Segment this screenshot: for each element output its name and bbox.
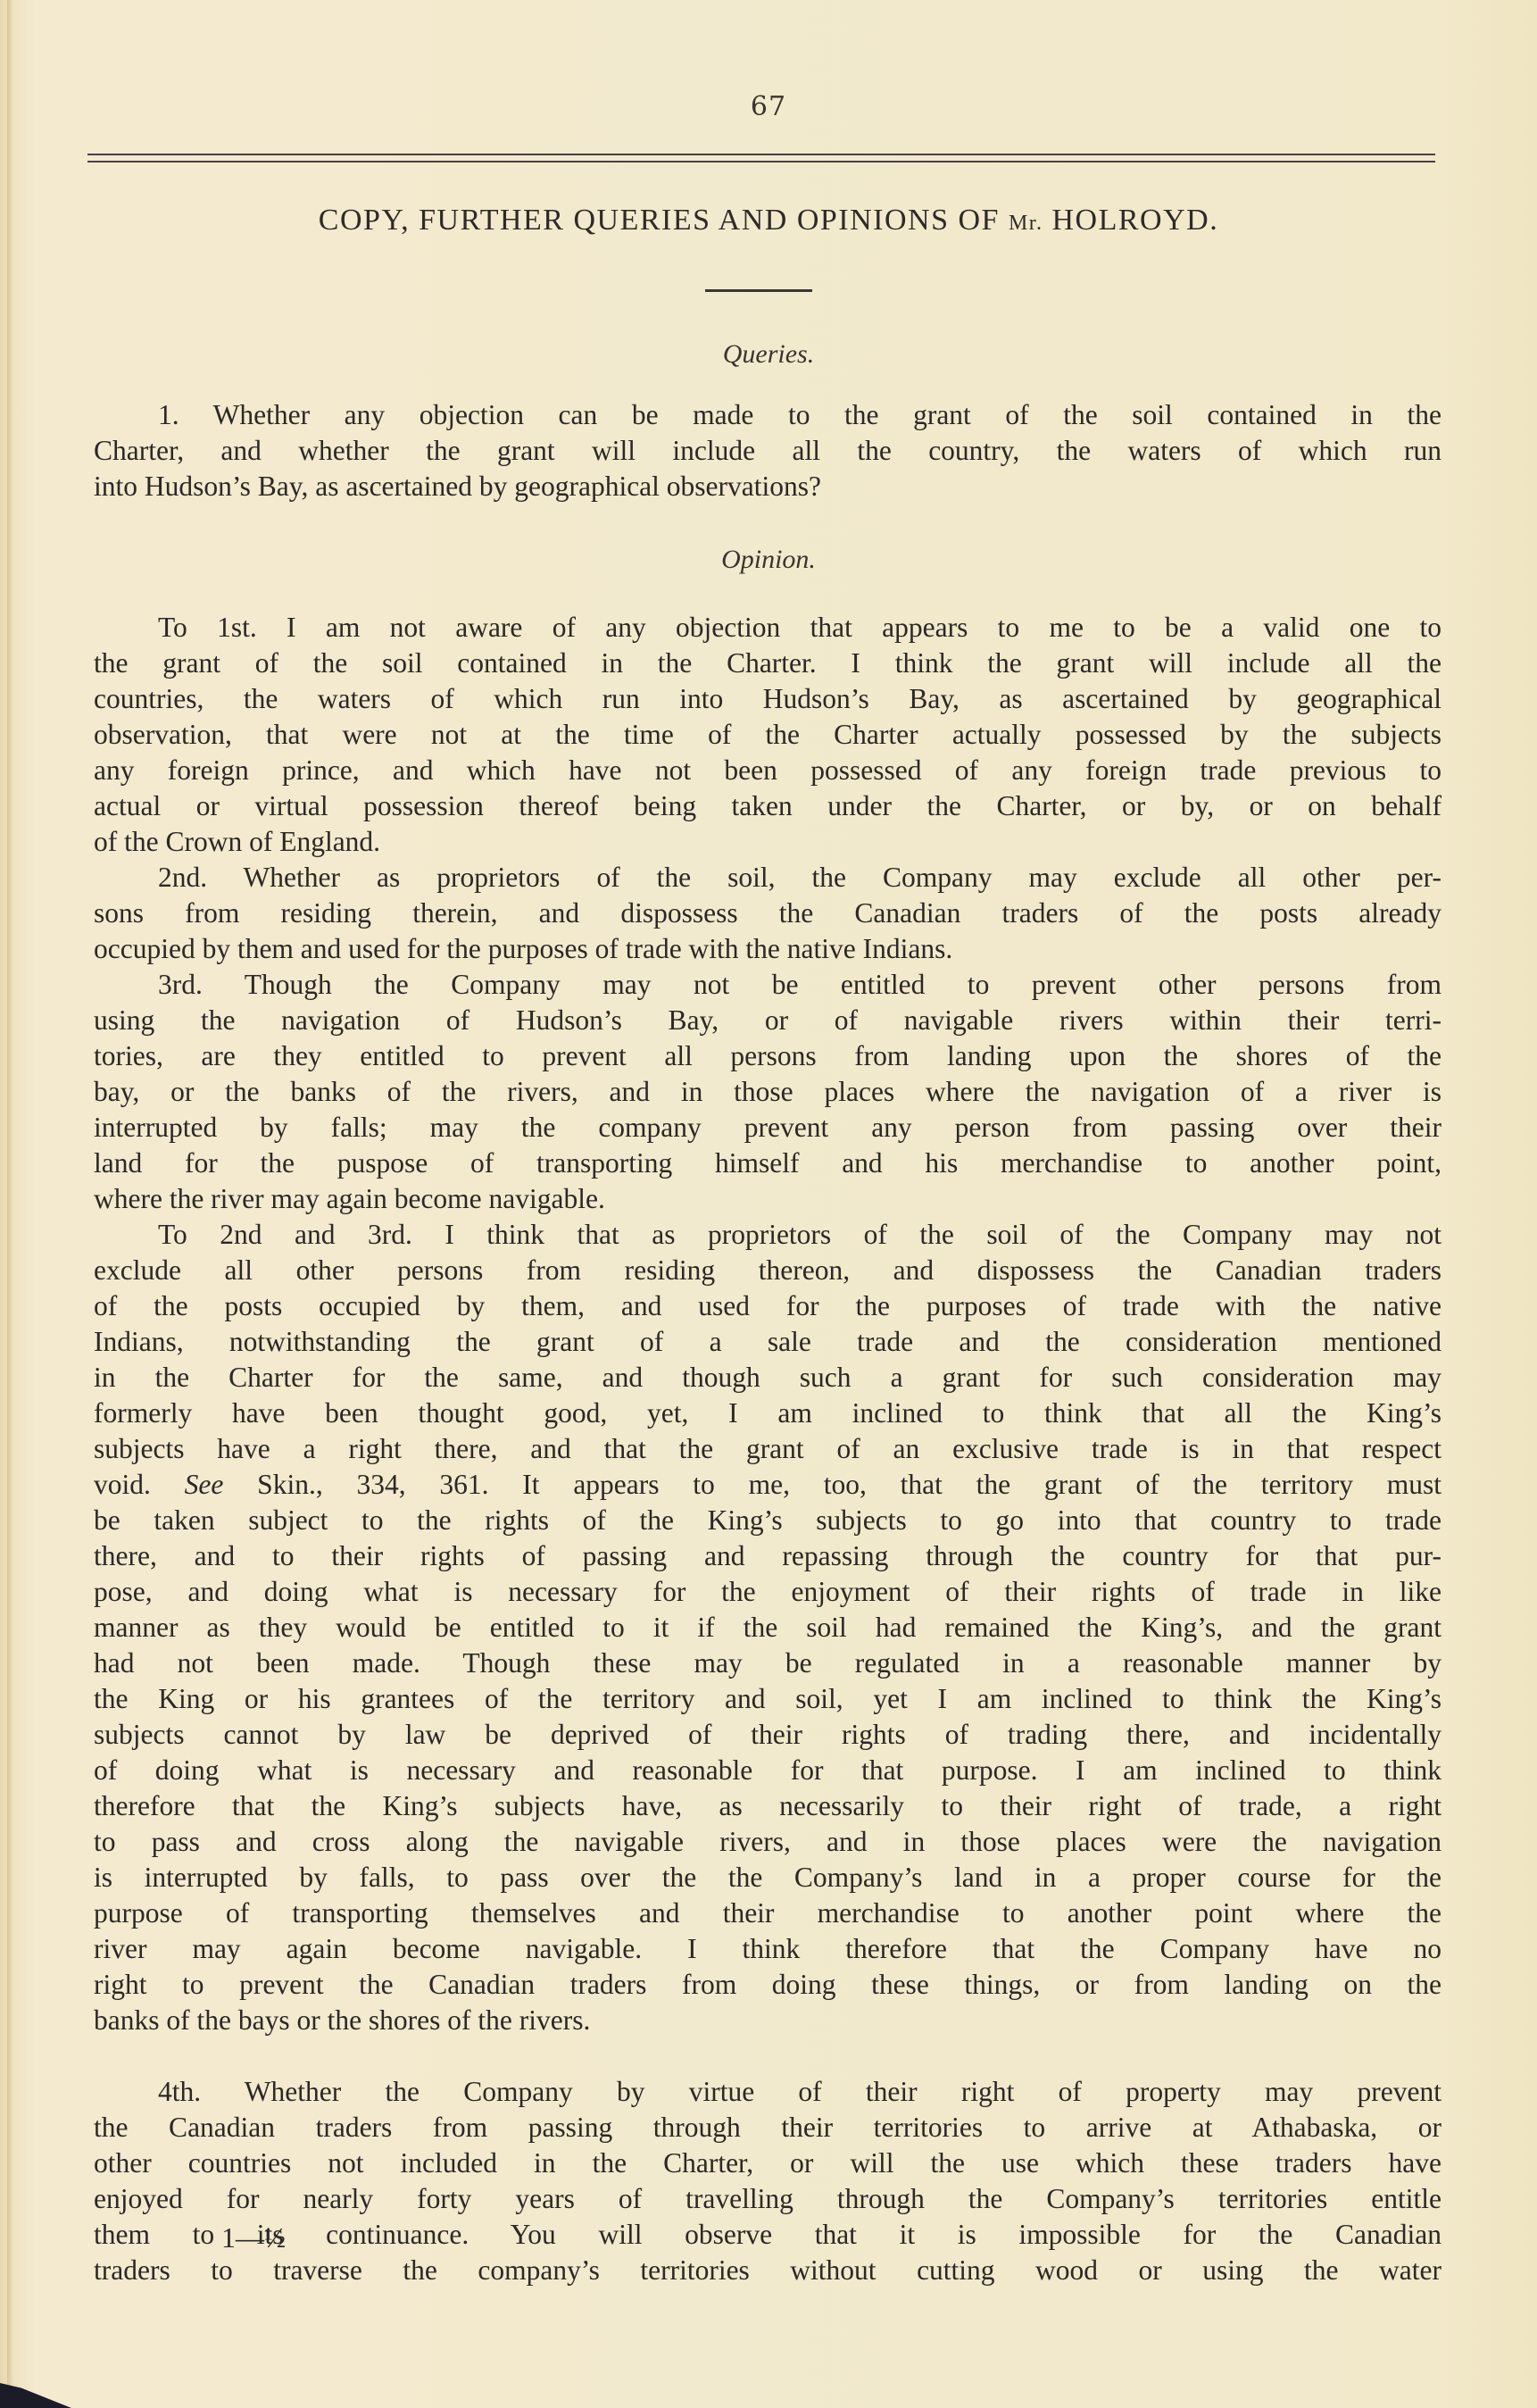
text-line: the grant of the soil contained in the C… (94, 646, 1441, 681)
text-line-citation: void. See Skin., 334, 361. It appears to… (94, 1467, 1441, 1503)
query-3: 3rd. Though the Company may not be entit… (94, 967, 1441, 1217)
text-line: subjects cannot by law be deprived of th… (94, 1717, 1441, 1753)
text-line: sons from residing therein, and disposse… (94, 896, 1441, 931)
opinion-2-3: To 2nd and 3rd. I think that as propriet… (94, 1217, 1441, 2038)
short-divider (705, 289, 812, 292)
queries-heading: Queries. (0, 339, 1537, 370)
text-line: 1. Whether any objection can be made to … (94, 397, 1441, 433)
text-line: to pass and cross along the navigable ri… (94, 1824, 1441, 1860)
opinion-heading: Opinion. (0, 545, 1537, 575)
citation-rest: Skin., 334, 361. It appears to me, too, … (223, 1469, 1441, 1500)
see-citation: See (185, 1469, 224, 1500)
text-line: exclude all other persons from residing … (94, 1253, 1441, 1288)
text-line: banks of the bays or the shores of the r… (94, 2003, 1441, 2038)
text-line: where the river may again become navigab… (94, 1181, 1441, 1217)
opinion-1: To 1st. I am not aware of any objection … (94, 610, 1441, 860)
text-line: countries, the waters of which run into … (94, 681, 1441, 717)
text-line: any foreign prince, and which have not b… (94, 753, 1441, 788)
text-line: of doing what is necessary and reasonabl… (94, 1753, 1441, 1788)
text-line: there, and to their rights of passing an… (94, 1538, 1441, 1574)
text-line: interrupted by falls; may the company pr… (94, 1110, 1441, 1146)
page-number: 67 (0, 91, 1537, 122)
text-line: of the posts occupied by them, and used … (94, 1288, 1441, 1324)
rule-line-bottom (87, 161, 1435, 162)
text-line: actual or virtual possession thereof bei… (94, 788, 1441, 824)
query-1: 1. Whether any objection can be made to … (94, 397, 1441, 504)
text-line: Charter, and whether the grant will incl… (94, 433, 1441, 469)
text-line: them to its continuance. You will observ… (94, 2217, 1441, 2253)
query-2: 2nd. Whether as proprietors of the soil,… (94, 860, 1441, 967)
text-line: is interrupted by falls, to pass over th… (94, 1860, 1441, 1896)
text-line: of the Crown of England. (94, 824, 1441, 860)
title-main: COPY, FURTHER QUERIES AND OPINIONS OF (319, 204, 1009, 237)
text-line: land for the puspose of transporting him… (94, 1146, 1441, 1181)
text-line: tories, are they entitled to prevent all… (94, 1038, 1441, 1074)
text-line: traders to traverse the company’s territ… (94, 2253, 1441, 2288)
text-line: using the navigation of Hudson’s Bay, or… (94, 1003, 1441, 1038)
query-4: 4th. Whether the Company by virtue of th… (94, 2074, 1441, 2288)
text-line: pose, and doing what is necessary for th… (94, 1574, 1441, 1610)
text-line: therefore that the King’s subjects have,… (94, 1788, 1441, 1824)
signature-mark: 1—½ (221, 2221, 286, 2254)
text-line: enjoyed for nearly forty years of travel… (94, 2181, 1441, 2217)
title-mr: Mr. (1009, 212, 1043, 235)
text-line: be taken subject to the rights of the Ki… (94, 1503, 1441, 1538)
text-line: 3rd. Though the Company may not be entit… (94, 967, 1441, 1003)
text-line: occupied by them and used for the purpos… (94, 931, 1441, 967)
scanned-page: 67 COPY, FURTHER QUERIES AND OPINIONS OF… (0, 0, 1537, 2408)
text-line: into Hudson’s Bay, as ascertained by geo… (94, 469, 1441, 504)
text-line: To 2nd and 3rd. I think that as propriet… (94, 1217, 1441, 1253)
double-rule-divider (87, 154, 1435, 164)
text-line: river may again become navigable. I thin… (94, 1931, 1441, 1967)
text-line: right to prevent the Canadian traders fr… (94, 1967, 1441, 2003)
text-line: bay, or the banks of the rivers, and in … (94, 1074, 1441, 1110)
text-line: subjects have a right there, and that th… (94, 1431, 1441, 1467)
text-line: To 1st. I am not aware of any objection … (94, 610, 1441, 646)
text-line: 2nd. Whether as proprietors of the soil,… (94, 860, 1441, 896)
text-line: the Canadian traders from passing throug… (94, 2110, 1441, 2146)
text-line: had not been made. Though these may be r… (94, 1646, 1441, 1681)
text-line: other countries not included in the Char… (94, 2146, 1441, 2181)
text-line: in the Charter for the same, and though … (94, 1360, 1441, 1396)
text-line: 4th. Whether the Company by virtue of th… (94, 2074, 1441, 2110)
void-prefix: void. (94, 1469, 185, 1500)
text-line: observation, that were not at the time o… (94, 717, 1441, 753)
title-name: HOLROYD. (1043, 204, 1218, 237)
rule-line-top (87, 154, 1435, 155)
text-line: purpose of transporting themselves and t… (94, 1896, 1441, 1931)
document-title: COPY, FURTHER QUERIES AND OPINIONS OF Mr… (0, 204, 1537, 237)
book-corner-shadow (0, 2383, 71, 2408)
text-line: the King or his grantees of the territor… (94, 1681, 1441, 1717)
text-line: formerly have been thought good, yet, I … (94, 1396, 1441, 1431)
text-line: manner as they would be entitled to it i… (94, 1610, 1441, 1646)
text-line: Indians, notwithstanding the grant of a … (94, 1324, 1441, 1360)
